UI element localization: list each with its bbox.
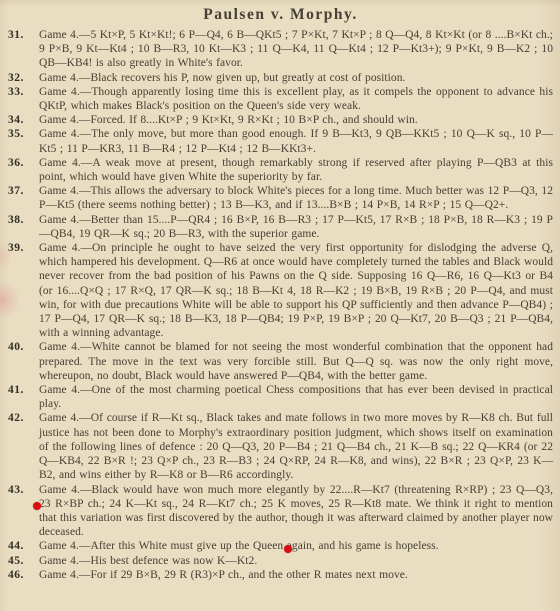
item-text: Game 4.—Black would have won much more e…: [39, 483, 553, 540]
red-dot-marker-deceased: [284, 545, 292, 553]
item-number: 45.: [8, 554, 39, 568]
item-text: Game 4.—On principle he ought to have se…: [39, 241, 553, 340]
item-text: Game 4.—Forced. If 8....Kt×P ; 9 Kt×Kt, …: [39, 113, 553, 127]
item-text: Game 4.—Black recovers his P, now given …: [39, 71, 553, 85]
book-page: Paulsen v. Morphy. 31. Game 4.—5 Kt×P, 5…: [0, 0, 560, 611]
item-number: 31.: [8, 28, 39, 42]
item-number: 44.: [8, 539, 39, 553]
item-text: Game 4.—After this White must give up th…: [39, 539, 553, 553]
annotation-item: 43. Game 4.—Black would have won much mo…: [8, 483, 553, 540]
item-text: Game 4.—5 Kt×P, 5 Kt×Kt!; 6 P—Q4, 6 B—QK…: [39, 28, 553, 71]
annotation-item: 35. Game 4.—The only move, but more than…: [8, 127, 553, 155]
item-number: 34.: [8, 113, 39, 127]
annotation-item: 37. Game 4.—This allows the adversary to…: [8, 184, 553, 212]
annotation-item: 32. Game 4.—Black recovers his P, now gi…: [8, 71, 553, 85]
item-number: 46.: [8, 568, 39, 582]
item-number: 35.: [8, 127, 39, 141]
red-dot-marker-item-43: [33, 502, 41, 510]
item-text: Game 4.—White cannot be blamed for not s…: [39, 340, 553, 383]
item-text: Game 4.—A weak move at present, though r…: [39, 156, 553, 184]
annotation-item: 46. Game 4.—For if 29 B×B, 29 R (R3)×P c…: [8, 568, 553, 582]
annotation-item: 31. Game 4.—5 Kt×P, 5 Kt×Kt!; 6 P—Q4, 6 …: [8, 28, 553, 71]
annotation-item: 41. Game 4.—One of the most charming poe…: [8, 383, 553, 411]
item-text: Game 4.—The only move, but more than goo…: [39, 127, 553, 155]
item-text: Game 4.—Better than 15....P—QR4 ; 16 B×P…: [39, 213, 553, 241]
annotation-item: 38. Game 4.—Better than 15....P—QR4 ; 16…: [8, 213, 553, 241]
item-text: Game 4.—Though apparently losing time th…: [39, 85, 553, 113]
item-number: 38.: [8, 213, 39, 227]
item-number: 32.: [8, 71, 39, 85]
item-text: Game 4.—For if 29 B×B, 29 R (R3)×P ch., …: [39, 568, 553, 582]
item-number: 43.: [8, 483, 39, 497]
annotation-item: 42. Game 4.—Of course if R—Kt sq., Black…: [8, 411, 553, 482]
item-number: 39.: [8, 241, 39, 255]
annotation-list: 31. Game 4.—5 Kt×P, 5 Kt×Kt!; 6 P—Q4, 6 …: [8, 28, 553, 582]
item-text: Game 4.—This allows the adversary to blo…: [39, 184, 553, 212]
annotation-item: 44. Game 4.—After this White must give u…: [8, 539, 553, 553]
annotation-item: 45. Game 4.—His best defence was now K—K…: [8, 554, 553, 568]
page-title: Paulsen v. Morphy.: [8, 5, 553, 24]
annotation-item: 33. Game 4.—Though apparently losing tim…: [8, 85, 553, 113]
item-number: 37.: [8, 184, 39, 198]
item-number: 42.: [8, 411, 39, 425]
annotation-item: 39. Game 4.—On principle he ought to hav…: [8, 241, 553, 340]
item-text: Game 4.—One of the most charming poetica…: [39, 383, 553, 411]
item-number: 40.: [8, 340, 39, 354]
item-text: Game 4.—His best defence was now K—Kt2.: [39, 554, 553, 568]
item-text: Game 4.—Of course if R—Kt sq., Black tak…: [39, 411, 553, 482]
item-number: 36.: [8, 156, 39, 170]
item-number: 41.: [8, 383, 39, 397]
item-number: 33.: [8, 85, 39, 99]
annotation-item: 36. Game 4.—A weak move at present, thou…: [8, 156, 553, 184]
annotation-item: 34. Game 4.—Forced. If 8....Kt×P ; 9 Kt×…: [8, 113, 553, 127]
annotation-item: 40. Game 4.—White cannot be blamed for n…: [8, 340, 553, 383]
